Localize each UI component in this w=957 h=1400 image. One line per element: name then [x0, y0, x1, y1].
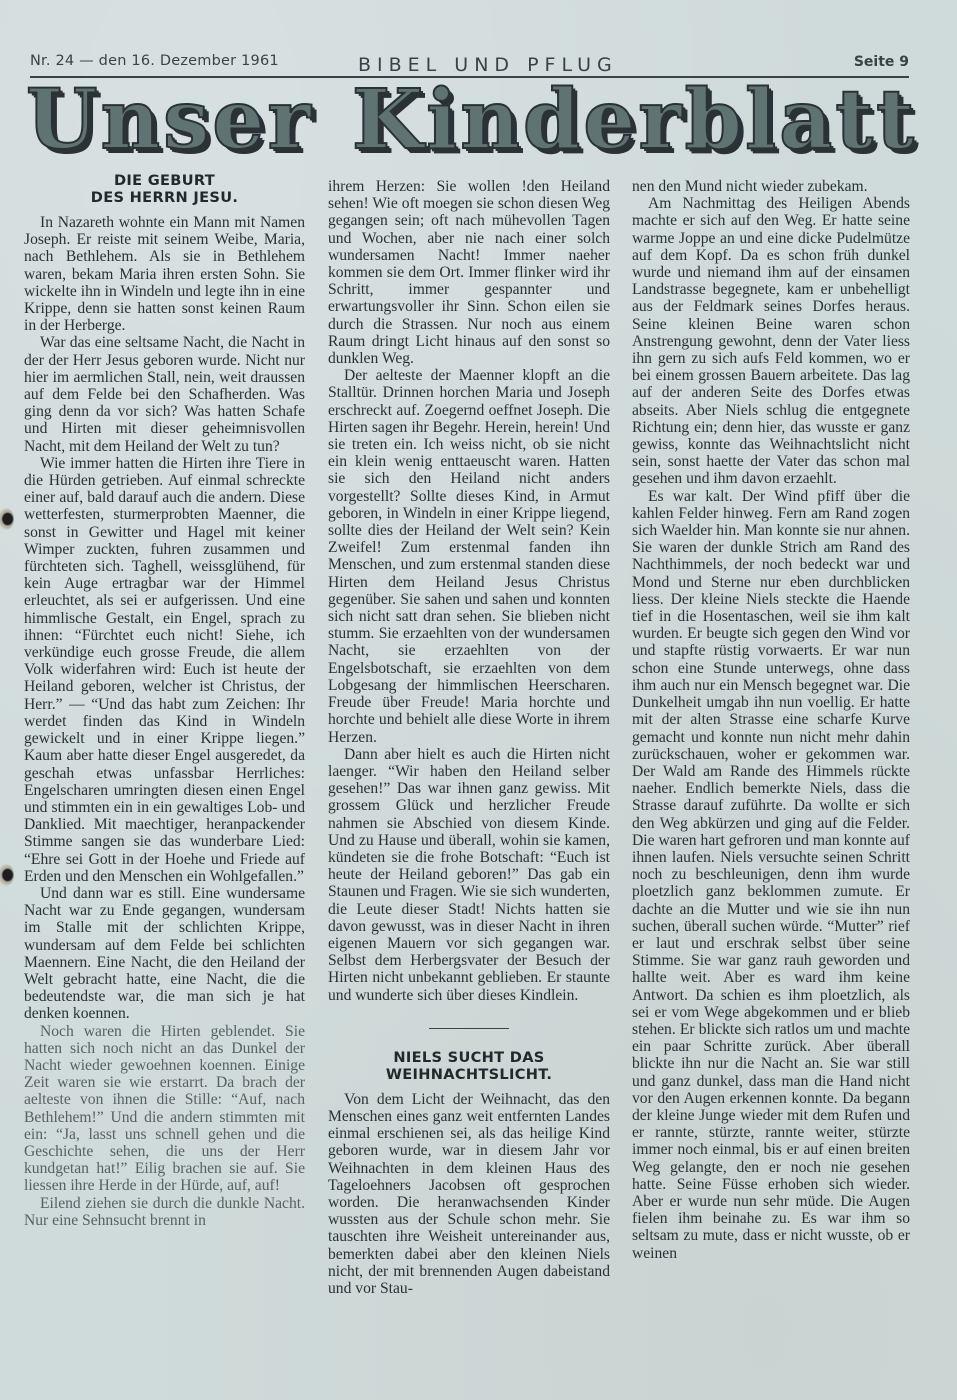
- paragraph: Der aelteste der Maenner klopft an die S…: [328, 367, 610, 745]
- column-2: ihrem Herzen: Sie wollen !den Heiland se…: [328, 178, 610, 1297]
- paragraph: Dann aber hielt es auch die Hirten nicht…: [328, 746, 610, 1004]
- column-3: nen den Mund nicht wieder zubekam. Am Na…: [632, 178, 910, 1262]
- page-number: Seite 9: [854, 54, 909, 70]
- article-headline: DIE GEBURT DES HERRN JESU.: [24, 172, 305, 206]
- paragraph: ihrem Herzen: Sie wollen !den Heiland se…: [328, 178, 610, 367]
- paragraph: Am Nachmittag des Heiligen Abends machte…: [632, 195, 910, 487]
- paragraph: nen den Mund nicht wieder zubekam.: [632, 178, 910, 195]
- article-headline: NIELS SUCHT DAS WEIHNACHTSLICHT.: [328, 1049, 610, 1083]
- section-banner: Unser Kinderblatt: [26, 80, 917, 160]
- headline-line: NIELS SUCHT DAS: [328, 1049, 610, 1066]
- banner-word-unser: Unser: [26, 80, 314, 160]
- paragraph: Und dann war es still. Eine wundersame N…: [24, 885, 305, 1023]
- paragraph: Noch waren die Hirten geblendet. Sie hat…: [24, 1023, 305, 1195]
- issue-date: Nr. 24 — den 16. Dezember 1961: [30, 53, 279, 69]
- paragraph: In Nazareth wohnte ein Mann mit Namen Jo…: [24, 214, 305, 334]
- headline-line: WEIHNACHTSLICHT.: [328, 1066, 610, 1083]
- punch-hole-icon: [0, 508, 14, 530]
- paragraph: War das eine seltsame Nacht, die Nacht i…: [24, 334, 305, 454]
- column-1: DIE GEBURT DES HERRN JESU. In Nazareth w…: [24, 172, 305, 1229]
- banner-word-kinderblatt: Kinderblatt: [352, 80, 917, 160]
- punch-hole-icon: [0, 864, 14, 886]
- article-separator: [429, 1028, 509, 1029]
- paragraph: Eilend ziehen sie durch die dunkle Nacht…: [24, 1195, 305, 1229]
- headline-line: DIE GEBURT: [24, 172, 305, 189]
- paragraph: Es war kalt. Der Wind pfiff über die kah…: [632, 488, 910, 1262]
- paragraph: Wie immer hatten die Hirten ihre Tiere i…: [24, 455, 305, 885]
- headline-line: DES HERRN JESU.: [24, 189, 305, 206]
- paragraph: Von dem Licht der Weihnacht, das den Men…: [328, 1091, 610, 1297]
